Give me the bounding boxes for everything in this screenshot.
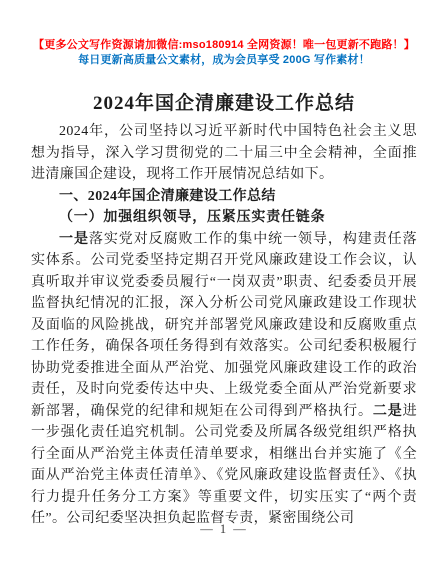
- intro-paragraph: 2024年，公司坚持以习近平新时代中国特色社会主义思想为指导，深入学习贯彻党的二…: [31, 121, 417, 186]
- section-heading: 一、2024年国企清廉建设工作总结: [31, 186, 417, 208]
- body-segment-text-2: 进一步强化责任追究机制。公司党委及所属各级党组织严格执行全面从严治党主体责任清单…: [31, 404, 417, 527]
- body-segment-text-1: 落实党对反腐败工作的集中统一领导，构建责任落实体系。公司党委坚持定期召开党风廉政…: [31, 232, 417, 419]
- watermark-line-red: 【更多公文写作资源请加微信:mso180914 全网资源！唯一包更新不跑路！】: [31, 38, 417, 53]
- watermark-line-blue: 每日更新高质量公文素材，成为会员享受 200G 写作素材！: [31, 53, 417, 68]
- body-segment-run-in-1: 一是: [59, 232, 89, 247]
- page-number: — 1 —: [0, 522, 448, 537]
- body-segment-run-in-2: 二是: [373, 404, 403, 419]
- subsection-heading: （一）加强组织领导，压紧压实责任链条: [31, 207, 417, 229]
- document-title: 2024年国企清廉建设工作总结: [31, 91, 417, 117]
- body-paragraph: 一是落实党对反腐败工作的集中统一领导，构建责任落实体系。公司党委坚持定期召开党风…: [31, 229, 417, 530]
- document-page: 【更多公文写作资源请加微信:mso180914 全网资源！唯一包更新不跑路！】 …: [0, 0, 448, 580]
